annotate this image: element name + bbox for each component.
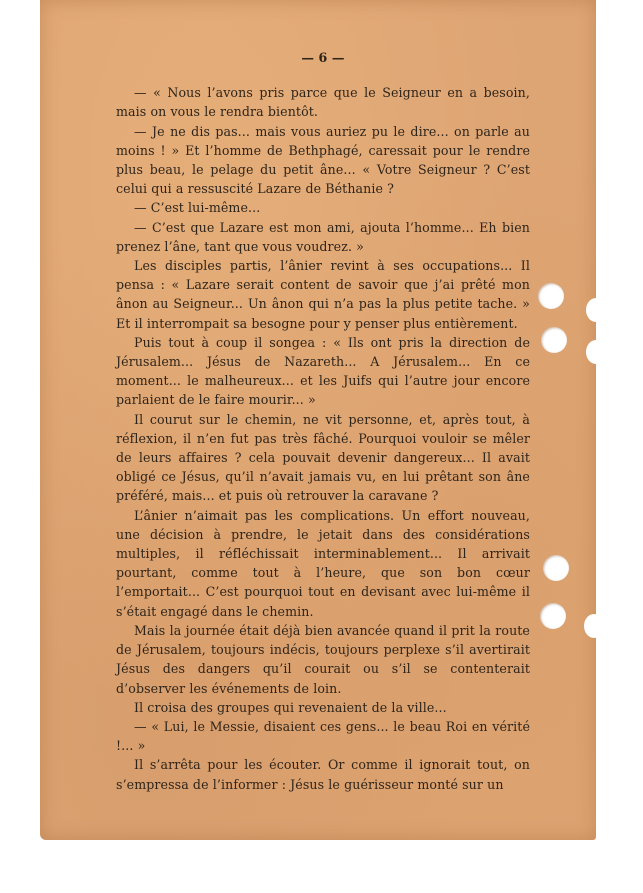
- edge-tear: [586, 340, 606, 364]
- page-number: — 6 —: [116, 48, 530, 67]
- paragraph: Mais la journée était déjà bien avancée …: [116, 621, 530, 698]
- paragraph: Les disciples partis, l’ânier revint à s…: [116, 256, 530, 333]
- paragraph: Il courut sur le chemin, ne vit personne…: [116, 410, 530, 506]
- paragraph: L’ânier n’aimait pas les complications. …: [116, 506, 530, 621]
- paragraph: — C’est que Lazare est mon ami, ajouta l…: [116, 218, 530, 256]
- edge-tear: [586, 298, 606, 322]
- page-text: — 6 — — « Nous l’avons pris parce que le…: [116, 48, 530, 794]
- paragraph: Il s’arrêta pour les écouter. Or comme i…: [116, 755, 530, 793]
- paragraph: — Je ne dis pas... mais vous auriez pu l…: [116, 122, 530, 199]
- edge-tear: [584, 614, 604, 638]
- paragraph: — « Lui, le Messie, disaient ces gens...…: [116, 717, 530, 755]
- punch-hole: [541, 327, 567, 353]
- paragraph: Il croisa des groupes qui revenaient de …: [116, 698, 530, 717]
- punch-hole: [540, 603, 566, 629]
- punch-hole: [543, 555, 569, 581]
- paragraph: — « Nous l’avons pris parce que le Seign…: [116, 83, 530, 121]
- paragraph: — C’est lui-même...: [116, 198, 530, 217]
- paragraph: Puis tout à coup il songea : « Ils ont p…: [116, 333, 530, 410]
- punch-hole: [538, 283, 564, 309]
